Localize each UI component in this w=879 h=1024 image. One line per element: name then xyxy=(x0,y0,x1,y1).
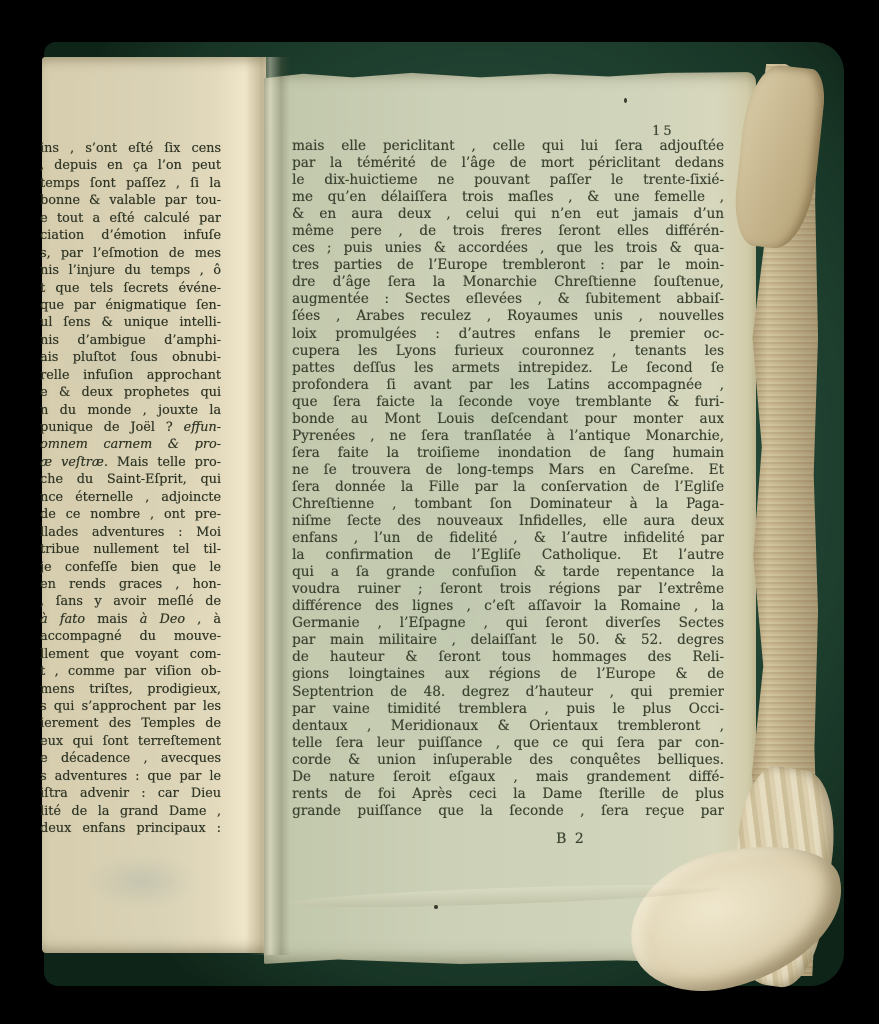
text-line: par vaine timidité tremblera , puis le p… xyxy=(292,701,724,718)
text-line: par la témérité de l’âge de mort péricli… xyxy=(292,155,724,172)
text-segment: le dix-huictieme ne pouvant paſſer le tr… xyxy=(292,172,724,188)
text-segment: temps ſont paſſez , ſi la xyxy=(40,176,221,191)
text-segment: relle infuſion approchant xyxy=(40,368,221,383)
right-page-text: mais elle periclitant , celle qui lui ſe… xyxy=(292,138,724,820)
text-segment: profondera ſi avant par les Latins accom… xyxy=(292,377,724,393)
text-line: llades adventures : Moi xyxy=(40,524,221,541)
text-line: ſées , Arabes reculez , Royaumes unis , … xyxy=(292,308,724,325)
text-segment: nis l’injure du temps , ô xyxy=(40,263,221,278)
text-segment: bonne & valable par tou- xyxy=(40,193,221,208)
text-segment: che du Saint-Eſprit, qui xyxy=(40,472,221,487)
text-segment: ul ſens & unique intelli- xyxy=(40,315,221,330)
text-line: même pere , de trois freres ſeront elles… xyxy=(292,223,724,240)
text-line: enfans , l’un de fidelité , & l’autre in… xyxy=(292,530,724,547)
text-segment: eux qui ſont terreſtement xyxy=(40,734,221,749)
ink-speck xyxy=(624,98,627,103)
text-segment: tres parties de l’Europe trembleront : p… xyxy=(292,257,724,273)
text-line: s adventures : que par le xyxy=(40,768,221,785)
text-segment: s adventures : que par le xyxy=(40,769,221,784)
text-line: différence des lignes , c’eſt aſſavoir l… xyxy=(292,598,724,615)
text-line: tribue nullement tel til- xyxy=(40,541,221,558)
left-page-text: ins , s’ont eſté ſix cens, depuis en ça … xyxy=(40,140,221,838)
text-segment: grande puiſſance que la ſeconde , ſera r… xyxy=(292,803,724,819)
text-line: mens triſtes, prodigieux, xyxy=(40,681,221,698)
text-segment: dre d’âge ſera la Monarchie Chreſtienne … xyxy=(292,274,724,290)
text-line: que par énigmatique ſen- xyxy=(40,297,221,314)
text-segment: corde & union inſuperable des conquêtes … xyxy=(292,752,724,768)
text-segment: ais pluſtot ſous obnubi- xyxy=(40,350,221,365)
text-line: temps ſont paſſez , ſi la xyxy=(40,175,221,192)
page-number: 15 xyxy=(652,124,675,139)
text-segment: , à xyxy=(185,612,221,627)
text-line: lité de la grand Dame , xyxy=(40,803,221,820)
text-line: tres parties de l’Europe trembleront : p… xyxy=(292,257,724,274)
text-segment: nis d’ambigue d’amphi- xyxy=(40,333,221,348)
text-line: ne ſe trouvera de long-temps Mars en Car… xyxy=(292,462,724,479)
text-segment: e tout a eſté calculé par xyxy=(40,211,221,226)
text-line: le dix-huictieme ne pouvant paſſer le tr… xyxy=(292,172,724,189)
text-segment: ces ; puis unies & accordées , que les t… xyxy=(292,240,724,256)
text-line: nis d’ambigue d’amphi- xyxy=(40,332,221,349)
text-line: ul ſens & unique intelli- xyxy=(40,314,221,331)
text-line: voudra ruiner ; ſeront trois régions par… xyxy=(292,581,724,598)
text-line: ais pluſtot ſous obnubi- xyxy=(40,349,221,366)
text-segment: t que tels ſecrets événe- xyxy=(40,281,221,296)
text-line: che du Saint-Eſprit, qui xyxy=(40,471,221,488)
text-segment: me qu’en délaiſſera trois maſles , & une… xyxy=(292,189,724,205)
text-segment: accompagné du mouve- xyxy=(40,629,221,644)
text-line: ſera donnée la Fille par la conſervation… xyxy=(292,479,724,496)
text-segment: qui a ſa grande confuſion & tarde repent… xyxy=(292,564,724,580)
ink-speck xyxy=(434,905,438,909)
book-photo: ins , s’ont eſté ſix cens, depuis en ça … xyxy=(0,0,879,1024)
text-segment: ſera donnée la Fille par la conſervation… xyxy=(292,479,724,495)
text-line: à fato mais à Deo , à xyxy=(40,611,221,628)
text-line: deux enfans principaux : xyxy=(40,820,221,837)
text-segment: s qui s’approchent par les xyxy=(40,699,221,714)
text-segment: enfans , l’un de fidelité , & l’autre in… xyxy=(292,530,724,546)
text-line: s qui s’approchent par les xyxy=(40,698,221,715)
text-segment: n du monde , jouxte la xyxy=(40,403,221,418)
text-line: De nature ſeroit eſgaux , mais grandemen… xyxy=(292,769,724,786)
text-line: Septentrion de 48. degrez d’hauteur , qu… xyxy=(292,684,724,701)
text-segment: bonde au Mont Louis deſcendant pour mont… xyxy=(292,411,724,427)
text-segment: & en aura deux , celui qui n’en eut jama… xyxy=(292,206,724,222)
text-segment: Pyrenées , ne ſera tranſlatée à l’antiqu… xyxy=(292,428,724,444)
text-line: , ſans y avoir meſlé de xyxy=(40,593,221,610)
text-segment: nce éternelle , adjoincte xyxy=(40,490,221,505)
text-segment: llades adventures : Moi xyxy=(40,525,221,540)
text-segment: voudra ruiner ; ſeront trois régions par… xyxy=(292,581,724,597)
text-segment: dentaux , Meridionaux & Orientaux trembl… xyxy=(292,718,724,734)
text-line: je confeſſe bien que le xyxy=(40,559,221,576)
text-segment: même pere , de trois freres ſeront elles… xyxy=(292,223,724,239)
text-line: grande puiſſance que la ſeconde , ſera r… xyxy=(292,803,724,820)
text-segment: s, par l’eſmotion de mes xyxy=(40,246,221,261)
text-segment: pattes deſſus les armets intrepidez. Le … xyxy=(292,360,724,376)
text-segment: à fato xyxy=(40,612,85,627)
text-line: pattes deſſus les armets intrepidez. Le … xyxy=(292,360,724,377)
text-line: ces ; puis unies & accordées , que les t… xyxy=(292,240,724,257)
text-line: ciation d’émotion infuſe xyxy=(40,227,221,244)
text-line: s, par l’eſmotion de mes xyxy=(40,245,221,262)
text-line: en rends graces , hon- xyxy=(40,576,221,593)
text-line: bonde au Mont Louis deſcendant pour mont… xyxy=(292,411,724,428)
text-line: Chreſtienne , tombant ſon Dominateur à l… xyxy=(292,496,724,513)
text-segment: ins , s’ont eſté ſix cens xyxy=(40,141,221,156)
text-line: Pyrenées , ne ſera tranſlatée à l’antiqu… xyxy=(292,428,724,445)
text-segment: rents de foi Après ceci la Dame ſterille… xyxy=(292,786,724,802)
text-line: relle infuſion approchant xyxy=(40,367,221,384)
text-segment: loix promulgées : d’autres enfans le pre… xyxy=(292,326,724,342)
text-line: de ce nombre , ont pre- xyxy=(40,506,221,523)
text-line: que ſera faicte la ſeconde voye tremblan… xyxy=(292,394,724,411)
text-segment: de hauteur & ſeront tous hommages des Re… xyxy=(292,649,724,665)
text-segment: ierement des Temples de xyxy=(40,716,221,731)
text-segment: cupera les Lyons furieux couronnez , ten… xyxy=(292,343,724,359)
text-segment: deux enfans principaux : xyxy=(40,821,221,836)
text-line: rents de foi Après ceci la Dame ſterille… xyxy=(292,786,724,803)
text-segment: mais xyxy=(85,612,140,627)
text-line: profondera ſi avant par les Latins accom… xyxy=(292,377,724,394)
text-line: æ veſtræ. Mais telle pro- xyxy=(40,454,221,471)
text-segment: omnem carnem & pro- xyxy=(40,437,221,452)
text-line: loix promulgées : d’autres enfans le pre… xyxy=(292,326,724,343)
text-segment: effun- xyxy=(184,420,221,435)
text-line: , depuis en ça l’on peut xyxy=(40,157,221,174)
text-segment: Mais telle pro- xyxy=(108,455,221,470)
text-line: dre d’âge ſera la Monarchie Chreſtienne … xyxy=(292,274,724,291)
text-segment: mais elle periclitant , celle qui lui ſe… xyxy=(292,138,724,154)
text-line: Germanie , l’Eſpagne , qui ſeront diverſ… xyxy=(292,615,724,632)
text-line: iſtra advenir : car Dieu xyxy=(40,785,221,802)
text-line: punique de Joël ? effun- xyxy=(40,419,221,436)
text-segment: gions loingtaines aux régions de l’Europ… xyxy=(292,666,724,682)
text-line: gions loingtaines aux régions de l’Europ… xyxy=(292,666,724,683)
text-line: par main militaire , delaiſſant le 50. &… xyxy=(292,632,724,649)
text-segment: e & deux prophetes qui xyxy=(40,385,221,400)
text-line: llement que voyant com- xyxy=(40,646,221,663)
text-segment: ſées , Arabes reculez , Royaumes unis , … xyxy=(292,308,724,324)
text-line: ſera faite la troiſieme inondation de ſa… xyxy=(292,445,724,462)
text-line: omnem carnem & pro- xyxy=(40,436,221,453)
text-segment: niſme ſecte des nouveaux Infidelles, ell… xyxy=(292,513,724,529)
text-segment: ſera faite la troiſieme inondation de ſa… xyxy=(292,445,724,461)
text-line: mais elle periclitant , celle qui lui ſe… xyxy=(292,138,724,155)
text-line: ins , s’ont eſté ſix cens xyxy=(40,140,221,157)
text-segment: telle ſera leur puiſſance , que ce qui ſ… xyxy=(292,735,724,751)
text-segment: , ſans y avoir meſlé de xyxy=(40,594,221,609)
text-segment: je confeſſe bien que le xyxy=(40,560,221,575)
text-line: t que tels ſecrets événe- xyxy=(40,280,221,297)
text-segment: la confirmation de l’Egliſe Catholique. … xyxy=(292,547,724,563)
text-line: niſme ſecte des nouveaux Infidelles, ell… xyxy=(292,513,724,530)
text-line: accompagné du mouve- xyxy=(40,628,221,645)
text-segment: mens triſtes, prodigieux, xyxy=(40,682,221,697)
gutter-shadow xyxy=(246,57,290,955)
text-segment: par main militaire , delaiſſant le 50. &… xyxy=(292,632,724,648)
text-segment: en rends graces , hon- xyxy=(40,577,221,592)
text-segment: de ce nombre , ont pre- xyxy=(40,507,221,522)
text-segment: différence des lignes , c’eſt aſſavoir l… xyxy=(292,598,724,614)
text-segment: Germanie , l’Eſpagne , qui ſeront diverſ… xyxy=(292,615,724,631)
text-line: cupera les Lyons furieux couronnez , ten… xyxy=(292,343,724,360)
signature-mark: B 2 xyxy=(556,831,586,847)
text-line: e tout a eſté calculé par xyxy=(40,210,221,227)
text-segment: , depuis en ça l’on peut xyxy=(40,158,221,173)
text-segment: que ſera faicte la ſeconde voye tremblan… xyxy=(292,394,724,410)
text-line: me qu’en délaiſſera trois maſles , & une… xyxy=(292,189,724,206)
text-line: la confirmation de l’Egliſe Catholique. … xyxy=(292,547,724,564)
text-line: de hauteur & ſeront tous hommages des Re… xyxy=(292,649,724,666)
text-line: qui a ſa grande confuſion & tarde repent… xyxy=(292,564,724,581)
text-segment: æ veſtræ. xyxy=(40,455,108,470)
text-segment: t , comme par viſion ob- xyxy=(40,664,221,679)
text-segment: De nature ſeroit eſgaux , mais grandemen… xyxy=(292,769,724,785)
text-segment: à Deo xyxy=(140,612,185,627)
text-line: nce éternelle , adjoincte xyxy=(40,489,221,506)
text-line: & en aura deux , celui qui n’en eut jama… xyxy=(292,206,724,223)
text-line: bonne & valable par tou- xyxy=(40,192,221,209)
text-line: augmentée : Sectes eſlevées , & ſubiteme… xyxy=(292,291,724,308)
text-segment: Septentrion de 48. degrez d’hauteur , qu… xyxy=(292,684,724,700)
text-line: corde & union inſuperable des conquêtes … xyxy=(292,752,724,769)
text-segment: que par énigmatique ſen- xyxy=(40,298,221,313)
text-segment: par vaine timidité tremblera , puis le p… xyxy=(292,701,724,717)
text-line: telle ſera leur puiſſance , que ce qui ſ… xyxy=(292,735,724,752)
text-segment: iſtra advenir : car Dieu xyxy=(40,786,221,801)
text-line: n du monde , jouxte la xyxy=(40,402,221,419)
text-segment: llement que voyant com- xyxy=(40,647,221,662)
text-segment: ciation d’émotion infuſe xyxy=(40,228,221,243)
text-segment: lité de la grand Dame , xyxy=(40,804,221,819)
text-segment: e décadence , avecques xyxy=(40,751,221,766)
text-line: t , comme par viſion ob- xyxy=(40,663,221,680)
text-segment: augmentée : Sectes eſlevées , & ſubiteme… xyxy=(292,291,724,307)
text-line: nis l’injure du temps , ô xyxy=(40,262,221,279)
text-segment: Chreſtienne , tombant ſon Dominateur à l… xyxy=(292,496,724,512)
text-line: e décadence , avecques xyxy=(40,750,221,767)
text-line: ierement des Temples de xyxy=(40,715,221,732)
text-segment: par la témérité de l’âge de mort péricli… xyxy=(292,155,724,171)
text-line: e & deux prophetes qui xyxy=(40,384,221,401)
text-segment: punique de Joël ? xyxy=(40,420,184,435)
text-line: eux qui ſont terreſtement xyxy=(40,733,221,750)
text-segment: ne ſe trouvera de long-temps Mars en Car… xyxy=(292,462,724,478)
text-segment: tribue nullement tel til- xyxy=(40,542,221,557)
text-line: dentaux , Meridionaux & Orientaux trembl… xyxy=(292,718,724,735)
